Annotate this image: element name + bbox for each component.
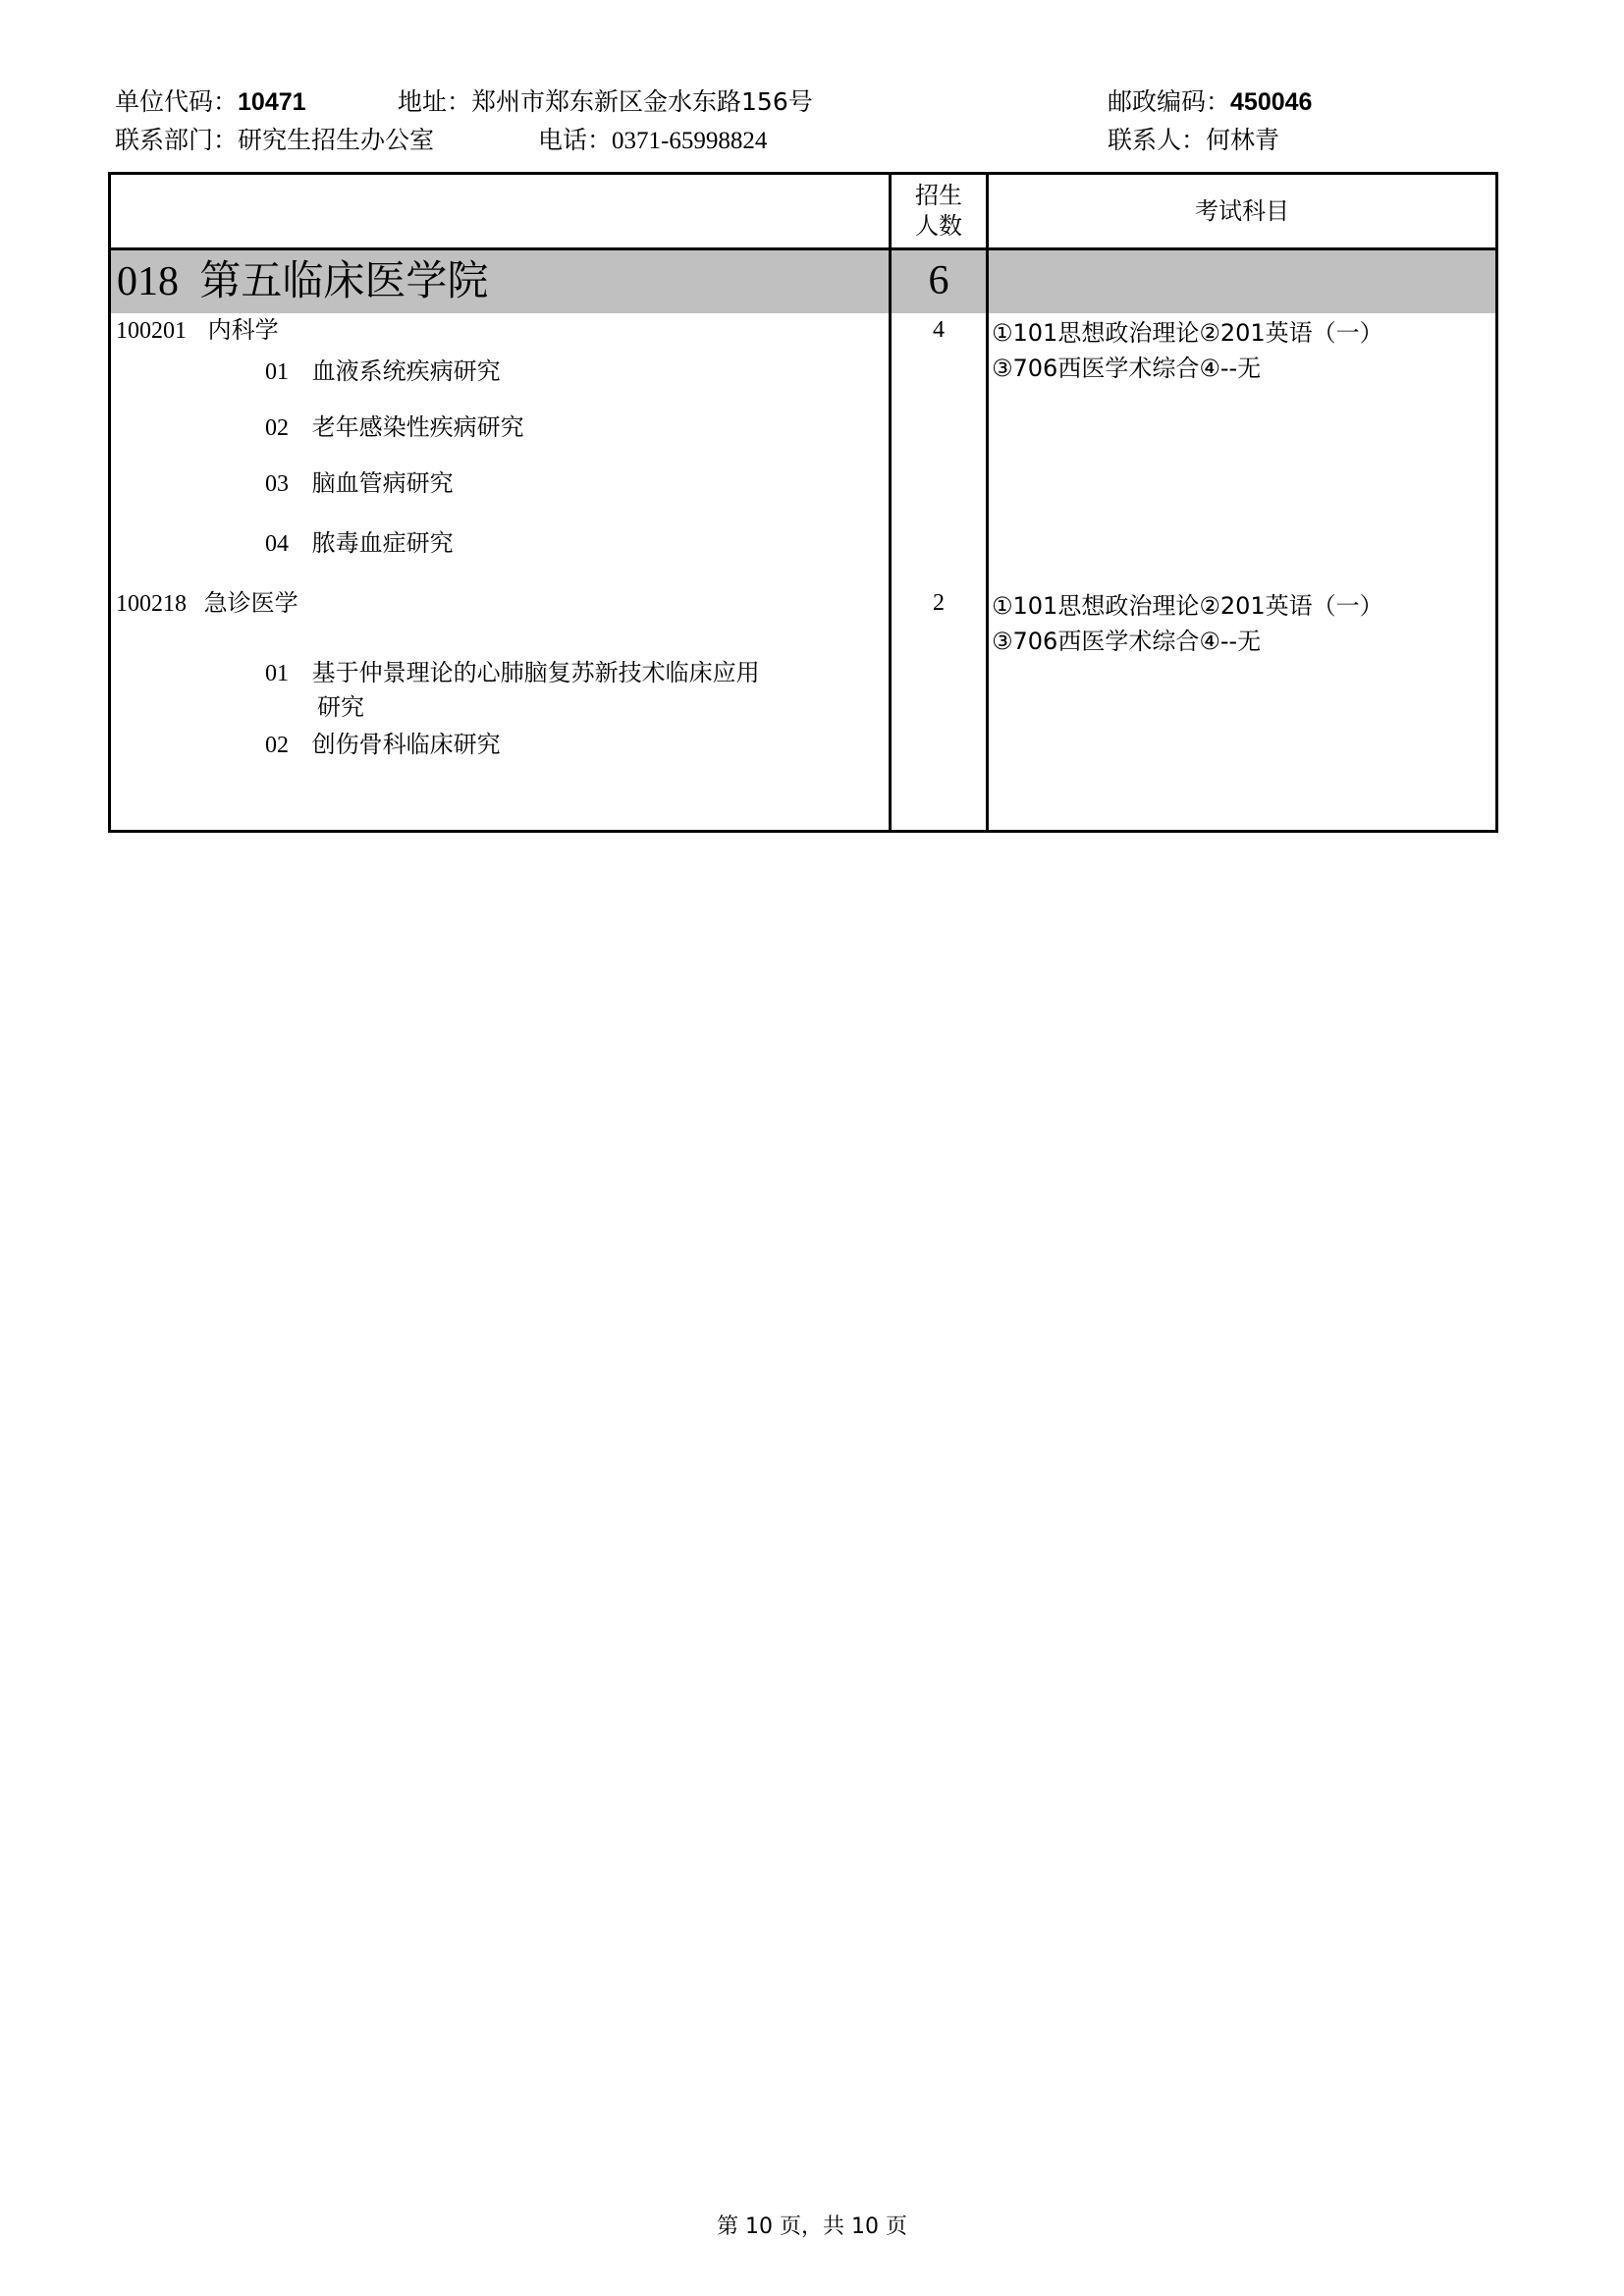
contact-label: 联系人： — [1108, 126, 1206, 154]
college-name: 第五临床医学院 — [199, 256, 488, 304]
college-title: 018 第五临床医学院 — [117, 256, 488, 306]
page-number: 第 10 页，共 10 页 — [0, 2210, 1624, 2240]
header-exams: 考试科目 — [989, 196, 1495, 226]
major-code: 100201 — [116, 318, 187, 344]
direction-name-cont: 研究 — [317, 690, 760, 724]
header-enrollment-line1: 招生 — [892, 181, 986, 211]
direction-code: 02 — [265, 415, 289, 441]
direction-code: 01 — [265, 359, 289, 385]
major-100201: 100201 内科学 — [116, 315, 279, 346]
major-100218: 100218 急诊医学 — [116, 588, 298, 619]
phone: 0371-65998824 — [612, 128, 767, 154]
phone-line: 电话：0371-65998824 — [538, 126, 767, 156]
header-enrollment-line2: 人数 — [892, 211, 986, 242]
direction-code: 02 — [265, 733, 289, 758]
direction-item: 02 创伤骨科临床研究 — [265, 730, 501, 760]
direction-name: 老年感染性疾病研究 — [312, 413, 524, 441]
direction-item: 02 老年感染性疾病研究 — [265, 412, 524, 443]
major-name: 内科学 — [208, 316, 279, 344]
major-code: 100218 — [116, 591, 187, 617]
major-name: 急诊医学 — [204, 589, 298, 617]
direction-name: 脓毒血症研究 — [312, 529, 454, 557]
dept: 研究生招生办公室 — [238, 126, 434, 154]
exam-line: ③706西医学术综合④--无 — [992, 624, 1383, 659]
contact-line: 联系人：何林青 — [1108, 126, 1279, 155]
contact: 何林青 — [1206, 126, 1279, 154]
enrollment-table: 招生 人数 考试科目 018 第五临床医学院 6 100201 内科学 4 ①1… — [108, 172, 1498, 833]
direction-name: 脑血管病研究 — [312, 469, 454, 497]
address-label: 地址： — [398, 87, 471, 116]
header-divider — [111, 247, 1495, 250]
unit-code-line: 单位代码：10471 — [115, 87, 306, 117]
college-enrollment: 6 — [892, 256, 986, 305]
postal-code-line: 邮政编码：450046 — [1108, 87, 1312, 117]
exam-line: ①101思想政治理论②201英语（一） — [992, 588, 1383, 624]
direction-item: 01 血液系统疾病研究 — [265, 356, 501, 387]
unit-code-label: 单位代码： — [115, 87, 238, 116]
unit-code: 10471 — [238, 88, 306, 116]
direction-item: 03 脑血管病研究 — [265, 468, 454, 499]
dept-line: 联系部门：研究生招生办公室 — [115, 126, 434, 155]
exam-line: ①101思想政治理论②201英语（一） — [992, 315, 1383, 351]
postal-label: 邮政编码： — [1108, 87, 1230, 116]
phone-label: 电话： — [538, 126, 612, 154]
exam-line: ③706西医学术综合④--无 — [992, 351, 1383, 386]
major-enrollment: 2 — [892, 588, 986, 618]
major-exams: ①101思想政治理论②201英语（一） ③706西医学术综合④--无 — [992, 315, 1383, 386]
direction-item: 01 基于仲景理论的心肺脑复苏新技术临床应用 研究 — [265, 656, 760, 724]
header-enrollment: 招生 人数 — [892, 181, 986, 242]
direction-name: 创伤骨科临床研究 — [312, 731, 501, 758]
direction-name: 血液系统疾病研究 — [312, 357, 501, 385]
col-divider-2 — [986, 175, 989, 830]
college-code: 018 — [117, 259, 179, 304]
dept-label: 联系部门： — [115, 126, 238, 154]
address-line: 地址：郑州市郑东新区金水东路156号 — [398, 87, 813, 117]
major-exams: ①101思想政治理论②201英语（一） ③706西医学术综合④--无 — [992, 588, 1383, 659]
direction-code: 03 — [265, 471, 289, 497]
major-enrollment: 4 — [892, 315, 986, 345]
direction-name: 基于仲景理论的心肺脑复苏新技术临床应用 — [312, 659, 760, 686]
postal-code: 450046 — [1230, 88, 1312, 116]
direction-code: 01 — [265, 661, 289, 686]
direction-item: 04 脓毒血症研究 — [265, 528, 454, 559]
direction-code: 04 — [265, 531, 289, 557]
address: 郑州市郑东新区金水东路156号 — [471, 87, 813, 116]
